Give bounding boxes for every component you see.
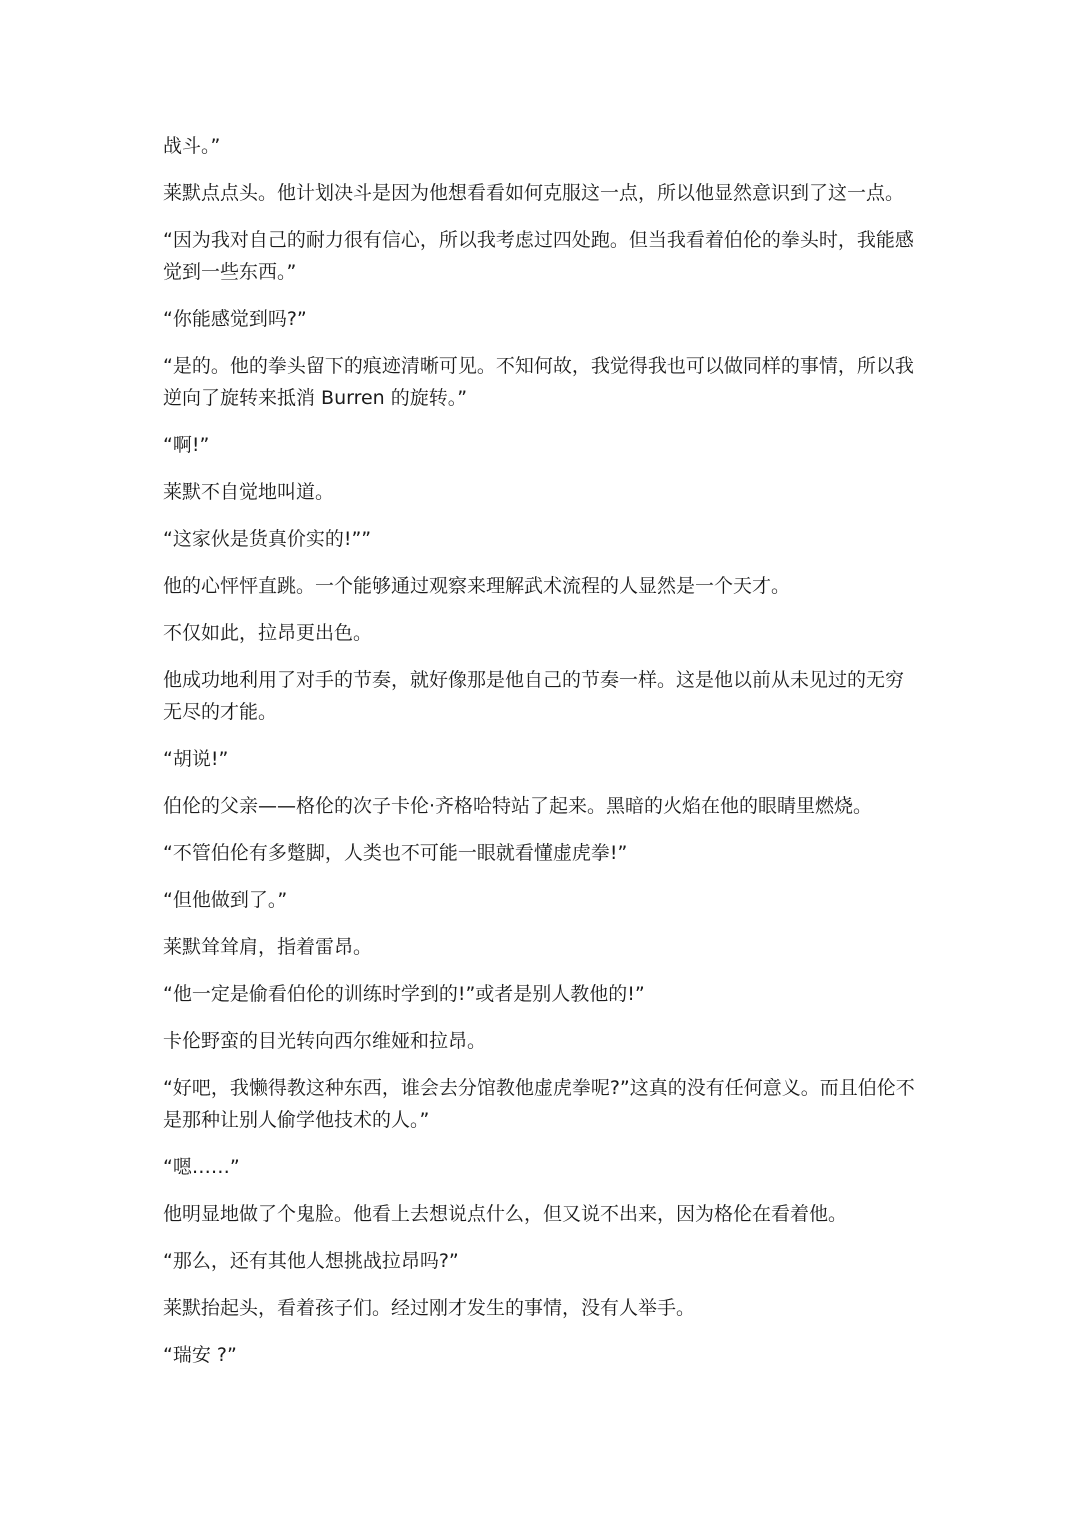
paragraph: “不管伯伦有多蹩脚，人类也不可能一眼就看懂虚虎拳!” (163, 837, 915, 869)
paragraph: “是的。他的拳头留下的痕迹清晰可见。不知何故，我觉得我也可以做同样的事情，所以我… (163, 350, 915, 414)
paragraph: 莱默点点头。他计划决斗是因为他想看看如何克服这一点，所以他显然意识到了这一点。 (163, 177, 915, 209)
paragraph: “好吧，我懒得教这种东西，谁会去分馆教他虚虎拳呢?”这真的没有任何意义。而且伯伦… (163, 1072, 915, 1136)
paragraph: 他明显地做了个鬼脸。他看上去想说点什么，但又说不出来，因为格伦在看着他。 (163, 1198, 915, 1230)
paragraph: 他的心怦怦直跳。一个能够通过观察来理解武术流程的人显然是一个天才。 (163, 570, 915, 602)
paragraph: “他一定是偷看伯伦的训练时学到的!”或者是别人教他的!” (163, 978, 915, 1010)
paragraph: 莱默抬起头，看着孩子们。经过刚才发生的事情，没有人举手。 (163, 1292, 915, 1324)
paragraph: 他成功地利用了对手的节奏，就好像那是他自己的节奏一样。这是他以前从未见过的无穷无… (163, 664, 915, 728)
paragraph: “啊!” (163, 429, 915, 461)
paragraph: “那么，还有其他人想挑战拉昂吗?” (163, 1245, 915, 1277)
paragraph: 卡伦野蛮的目光转向西尔维娅和拉昂。 (163, 1025, 915, 1057)
document-page: 战斗。” 莱默点点头。他计划决斗是因为他想看看如何克服这一点，所以他显然意识到了… (163, 130, 915, 1386)
paragraph: “因为我对自己的耐力很有信心，所以我考虑过四处跑。但当我看着伯伦的拳头时，我能感… (163, 224, 915, 288)
paragraph: “你能感觉到吗?” (163, 303, 915, 335)
paragraph: “但他做到了。” (163, 884, 915, 916)
paragraph: “胡说!” (163, 743, 915, 775)
paragraph: 战斗。” (163, 130, 915, 162)
paragraph: “瑞安 ?” (163, 1339, 915, 1371)
paragraph: 不仅如此，拉昂更出色。 (163, 617, 915, 649)
paragraph: “这家伙是货真价实的!”” (163, 523, 915, 555)
paragraph: “嗯……” (163, 1151, 915, 1183)
paragraph: 伯伦的父亲——格伦的次子卡伦·齐格哈特站了起来。黑暗的火焰在他的眼睛里燃烧。 (163, 790, 915, 822)
paragraph: 莱默不自觉地叫道。 (163, 476, 915, 508)
paragraph: 莱默耸耸肩，指着雷昂。 (163, 931, 915, 963)
